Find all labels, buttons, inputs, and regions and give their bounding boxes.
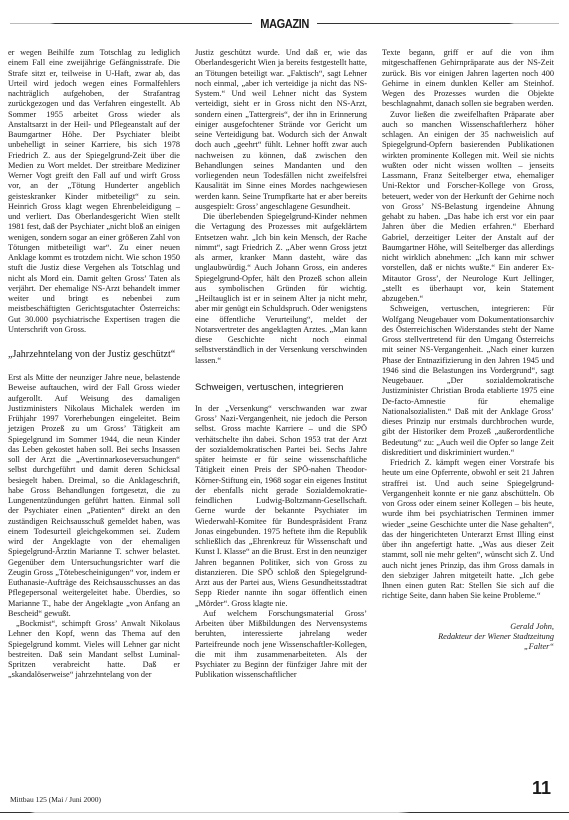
- paragraph: Justiz geschützt wurde. Und daß er, wie …: [195, 48, 367, 212]
- author-role: Redakteur der Wiener Stadtzeitung: [382, 632, 554, 642]
- page-number: 11: [532, 778, 551, 799]
- paragraph: Texte begann, griff er auf die von ihm m…: [382, 48, 554, 110]
- subheading: „Jahrzehntelang von der Justiz geschützt…: [8, 349, 180, 361]
- paragraph: In der „Versenkung“ verschwanden war zwa…: [195, 404, 367, 609]
- paragraph: Zuvor ließen die zweifelhaften Präparate…: [382, 110, 554, 305]
- author-signature: Gerald John, Redakteur der Wiener Stadtz…: [382, 622, 554, 652]
- paragraph: „Bockmist“, schimpft Gross’ Anwalt Nikol…: [8, 619, 180, 681]
- header-rule-left: [10, 23, 252, 24]
- paragraph: Erst als Mitte der neunziger Jahre neue,…: [8, 373, 180, 619]
- section-title: MAGAZIN: [257, 16, 312, 31]
- paragraph: Auf welchem Forschungsmaterial Gross’ Ar…: [195, 609, 367, 681]
- author-publication: „Falter“: [382, 642, 554, 652]
- paragraph: Schweigen, vertuschen, integrieren: Für …: [382, 304, 554, 458]
- author-name: Gerald John,: [382, 622, 554, 632]
- section-header: MAGAZIN: [10, 16, 559, 30]
- article-column-1: er wegen Beihilfe zum Totschlag zu ledig…: [8, 48, 180, 681]
- footer-rule: [0, 812, 569, 813]
- paragraph: Die überlebenden Spiegelgrund-Kinder neh…: [195, 212, 367, 366]
- header-rule-right: [317, 23, 559, 24]
- article-column-3: Texte begann, griff er auf die von ihm m…: [382, 48, 554, 652]
- paragraph: er wegen Beihilfe zum Totschlag zu ledig…: [8, 48, 180, 335]
- issue-info: Mittbau 125 (Mai / Juni 2000): [10, 795, 101, 804]
- subheading: Schweigen, vertuschen, integrieren: [195, 382, 367, 394]
- paragraph: Friedrich Z. kämpft wegen einer Vorstraf…: [382, 458, 554, 602]
- article-column-2: Justiz geschützt wurde. Und daß er, wie …: [195, 48, 367, 681]
